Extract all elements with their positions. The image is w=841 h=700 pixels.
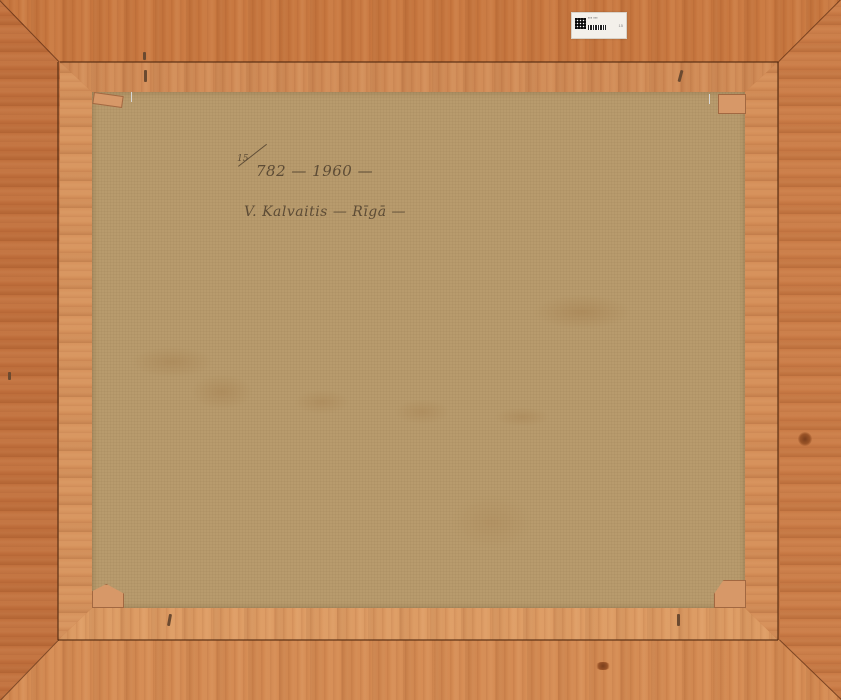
stretcher-right-bar [745,62,778,640]
wood-knot [798,432,812,446]
nail [709,94,710,104]
frame-gap-top [60,61,778,63]
staple [144,70,147,82]
frame-bottom-rail [0,640,841,700]
qr-code-icon [575,18,586,29]
frame-gap-bottom [58,639,778,641]
frame-left-stile [0,0,60,700]
frame-gap-left [57,62,59,640]
frame-right-stile [778,0,841,700]
canvas-back: 15 782 — 1960 — V. Kalvaitis — Rīgā — [92,92,745,608]
inscription-line-1: 782 — 1960 — [256,162,373,180]
stretcher-left-bar [58,62,92,640]
label-text: ▪▪▪ ▪▪▪ [588,16,598,20]
stretcher-bottom-bar [58,608,778,640]
nail [131,92,132,102]
corner-wedge-top-right [718,94,746,114]
frame-top-rail [0,0,841,62]
barcode-icon [588,25,606,30]
staple [8,372,11,380]
inventory-label: ▪▪▪ ▪▪▪ 15 [571,12,627,39]
label-number: 15 [619,23,623,28]
inscription-line-2: V. Kalvaitis — Rīgā — [244,204,406,220]
staple [677,614,680,626]
stretcher-top-bar [60,62,778,92]
staple [143,52,146,60]
wood-knot [595,662,611,670]
frame-gap-right [777,62,779,640]
